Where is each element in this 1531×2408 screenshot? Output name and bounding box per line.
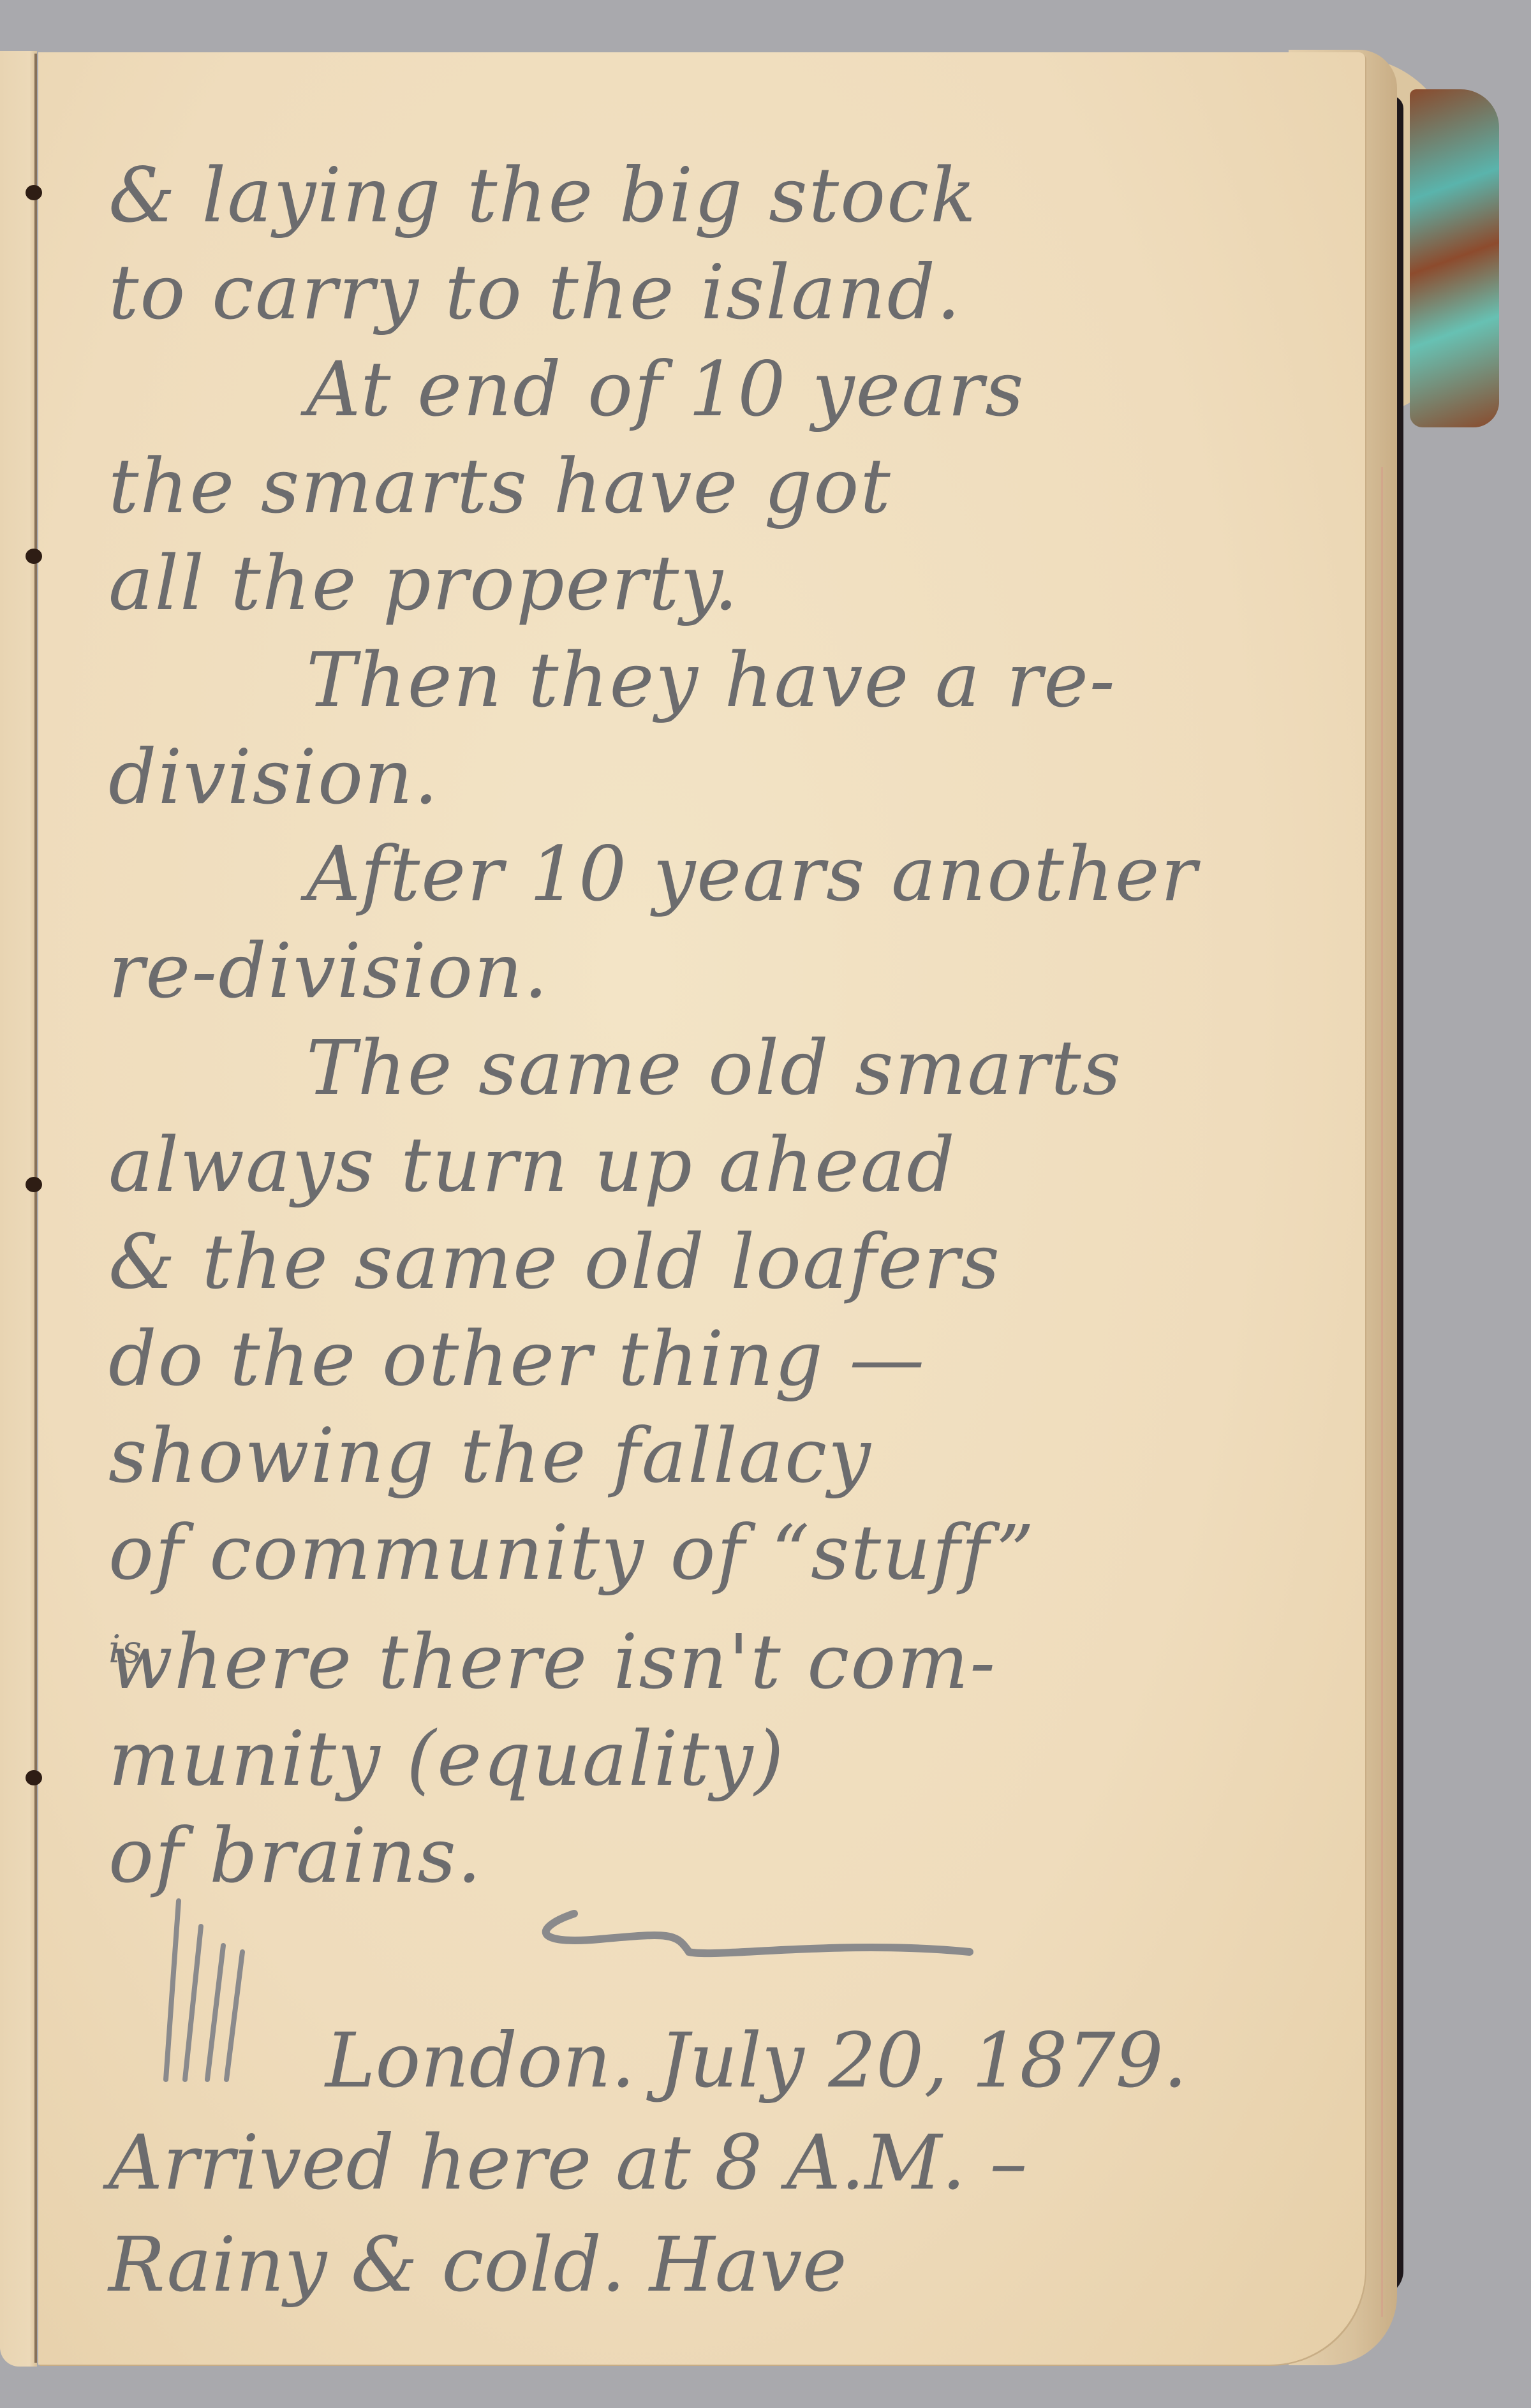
- text-line: & the same old loafers: [108, 1213, 1320, 1310]
- entry-heading: London. July 20, 1879.: [108, 2009, 1320, 2111]
- journal-entry: London. July 20, 1879. Arrived here at 8…: [108, 2009, 1320, 2316]
- text-line: of community of “stuff”: [108, 1504, 1320, 1601]
- binding-stitch-hole: [26, 1177, 42, 1192]
- text-line: division.: [108, 728, 1320, 825]
- text-line: munity (equality): [108, 1710, 1320, 1807]
- entry-line: Arrived here at 8 A.M. –: [108, 2111, 1320, 2213]
- facing-left-page-edge: [0, 51, 37, 2367]
- entry-line: Rainy & cold. Have: [108, 2213, 1320, 2316]
- text-line: After 10 years another: [108, 825, 1320, 922]
- text-line: re-division.: [108, 922, 1320, 1019]
- text-line: & laying the big stock: [108, 147, 1320, 244]
- text-line: showing the fallacy: [108, 1407, 1320, 1504]
- text-line: to carry to the island.: [108, 244, 1320, 341]
- text-line: the smarts have got: [108, 438, 1320, 535]
- binding-stitch-hole: [26, 1770, 42, 1785]
- text-line: Then they have a re-: [108, 632, 1320, 728]
- text-line: The same old smarts: [108, 1019, 1320, 1116]
- text-line: do the other thing —: [108, 1310, 1320, 1407]
- section-divider-flourish-icon: [523, 1907, 982, 1965]
- red-margin-rule: [1381, 467, 1383, 2317]
- handwritten-passage: & laying the big stock to carry to the i…: [108, 147, 1320, 1904]
- text-line: always turn up ahead: [108, 1116, 1320, 1213]
- text-line: where there isn't com-: [108, 1613, 1320, 1710]
- text-line: At end of 10 years: [108, 341, 1320, 438]
- binding-stitch-hole: [26, 549, 42, 564]
- binding-stitch-hole: [26, 185, 42, 200]
- marbled-cover-corner: [1410, 89, 1499, 427]
- text-line: all the property.: [108, 535, 1320, 632]
- binding-gutter: [34, 54, 37, 2363]
- text-line: of brains.: [108, 1807, 1320, 1904]
